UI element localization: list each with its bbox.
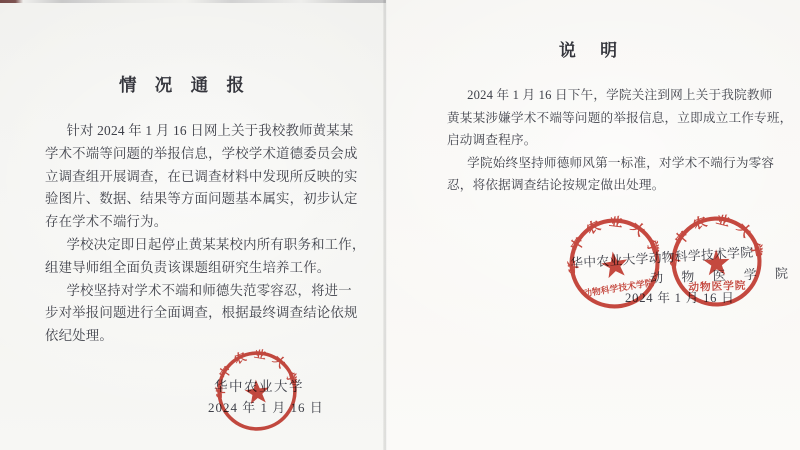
- body-line: 学院始终坚持师德师风第一标准，对学术不端行为零容: [447, 152, 759, 175]
- animal-science-college-seal: 华中农业大学 动物科学技术学院: [561, 210, 667, 316]
- body-line: 黄某某涉嫌学术不端等问题的举报信息，立即成立工作专班，: [447, 107, 759, 130]
- two-document-photos: 情 况 通 报 针对 2024 年 1 月 16 日网上关于我校教师黄某某 学术…: [0, 0, 800, 450]
- right-document-page: 说 明 2024 年 1 月 16 日下午，学院关注到网上关于我院教师 黄某某涉…: [386, 0, 800, 450]
- body-line: 针对 2024 年 1 月 16 日网上关于我校教师黄某某: [45, 120, 351, 143]
- body-line: 验图片、数据、结果等方面问题基本属实，初步认定: [45, 188, 351, 211]
- body-line: 依纪处理。: [45, 325, 351, 348]
- body-line: 学术不端等问题的举报信息，学校学术道德委员会成: [45, 143, 351, 166]
- body-line: 启动调查程序。: [447, 129, 759, 152]
- photo-top-edge: [0, 0, 386, 3]
- star-icon: [703, 249, 730, 275]
- body-line: 2024 年 1 月 16 日下午，学院关注到网上关于我院教师: [447, 84, 759, 107]
- seal-bottom-text: 动物医学院: [688, 279, 747, 294]
- body-line: 步对举报问题进行全面调查，根据最终调查结论依规: [45, 302, 351, 325]
- left-document-page: 情 况 通 报 针对 2024 年 1 月 16 日网上关于我校教师黄某某 学术…: [0, 0, 386, 450]
- left-doc-body: 针对 2024 年 1 月 16 日网上关于我校教师黄某某 学术不端等问题的举报…: [45, 120, 351, 348]
- left-doc-title: 情 况 通 报: [0, 72, 370, 97]
- body-line: 学校坚持对学术不端和师德失范零容忍，将进一: [45, 280, 351, 303]
- veterinary-college-seal: 华中农业大学 动物医学院: [668, 213, 764, 309]
- right-doc-body: 2024 年 1 月 16 日下午，学院关注到网上关于我院教师 黄某某涉嫌学术不…: [447, 84, 759, 197]
- body-line: 忍，将依据调查结论按规定做出处理。: [447, 174, 759, 197]
- body-line: 立调查组开展调查，在已调查材料中发现所反映的实: [45, 166, 351, 189]
- star-icon: [244, 378, 271, 404]
- photo-edge-divider: [383, 0, 387, 450]
- body-line: 存在学术不端行为。: [45, 211, 351, 234]
- body-line: 学校决定即日起停止黄某某校内所有职务和工作，: [45, 234, 351, 257]
- right-doc-title: 说 明: [386, 36, 800, 61]
- university-seal: 华中农业大学: [212, 346, 302, 436]
- body-line: 组建导师组全面负责该课题组研究生培养工作。: [45, 257, 351, 280]
- star-icon: [600, 250, 630, 279]
